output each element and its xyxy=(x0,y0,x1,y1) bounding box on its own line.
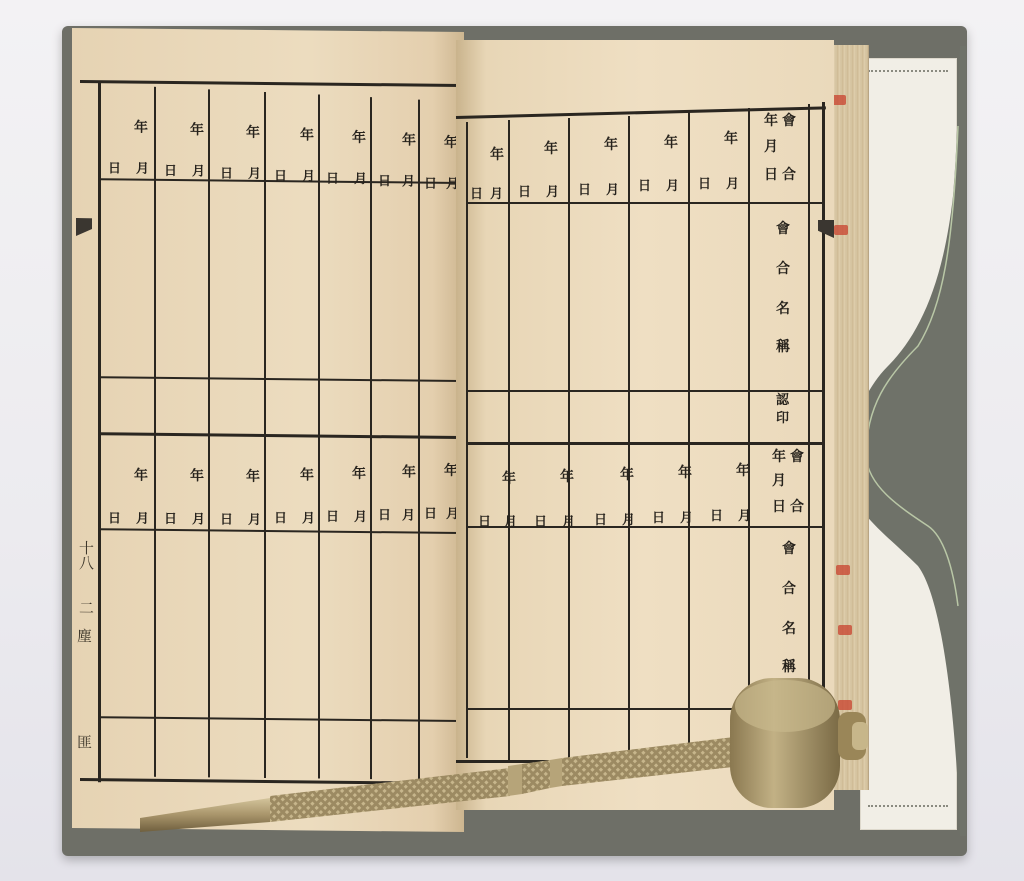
header-day-label: 日 xyxy=(764,168,778,182)
meeting-name-label: 合 xyxy=(776,262,790,276)
day-label: 日 xyxy=(698,178,711,191)
day-label: 日 xyxy=(534,516,547,529)
year-label: 年 xyxy=(560,470,574,484)
edge-stamp xyxy=(838,625,852,635)
year-label: 年 xyxy=(402,465,416,479)
year-label: 年 xyxy=(490,148,504,162)
day-label: 日 xyxy=(326,511,339,524)
month-label: 月 xyxy=(402,509,415,522)
month-label: 月 xyxy=(248,168,261,181)
day-label: 日 xyxy=(424,178,437,191)
month-label: 月 xyxy=(546,186,559,199)
column-divider xyxy=(466,122,468,758)
header-year-label: 年 xyxy=(772,450,786,464)
day-label: 日 xyxy=(274,170,287,183)
day-label: 日 xyxy=(220,513,233,526)
year-label: 年 xyxy=(678,466,692,480)
year-label: 年 xyxy=(246,470,260,484)
meeting-name-label: 會 xyxy=(776,222,790,236)
column-divider xyxy=(508,120,510,760)
margin-char: 匪 xyxy=(74,734,95,749)
year-label: 年 xyxy=(736,464,750,478)
date-row-rule xyxy=(466,526,822,528)
day-label: 日 xyxy=(710,510,723,523)
month-label: 月 xyxy=(302,170,315,183)
year-label: 年 xyxy=(352,467,366,481)
month-label: 月 xyxy=(302,512,315,525)
year-label: 年 xyxy=(190,123,204,137)
day-label: 日 xyxy=(424,508,437,521)
header-meeting-label: 會 xyxy=(782,114,796,128)
year-label: 年 xyxy=(134,121,148,135)
day-label: 日 xyxy=(274,512,287,525)
year-label: 年 xyxy=(246,126,260,140)
page-number: 十八 xyxy=(76,540,97,570)
seal-label: 印 xyxy=(776,412,789,425)
edge-stamp xyxy=(836,565,850,575)
month-label: 月 xyxy=(354,511,367,524)
year-label: 年 xyxy=(402,133,416,147)
column-divider xyxy=(628,116,630,760)
seal-row-rule xyxy=(466,390,822,392)
month-label: 月 xyxy=(606,184,619,197)
header-month-label: 月 xyxy=(772,474,786,488)
day-label: 日 xyxy=(108,512,121,525)
meeting-name-label: 會 xyxy=(782,542,796,556)
brass-hammer-tool xyxy=(130,670,890,840)
day-label: 日 xyxy=(164,513,177,526)
month-label: 月 xyxy=(248,514,261,527)
month-label: 月 xyxy=(726,178,739,191)
day-label: 日 xyxy=(378,175,391,188)
date-row-rule xyxy=(466,202,822,204)
fishtail-mark xyxy=(76,218,92,236)
year-label: 年 xyxy=(502,472,516,486)
year-label: 年 xyxy=(620,468,634,482)
edge-stamp xyxy=(832,95,846,105)
header-meeting-label: 合 xyxy=(782,168,796,182)
meeting-name-label: 名 xyxy=(776,302,790,316)
year-label: 年 xyxy=(352,131,366,145)
day-label: 日 xyxy=(470,188,483,201)
day-label: 日 xyxy=(652,512,665,525)
header-meeting-label: 合 xyxy=(790,500,804,514)
year-label: 年 xyxy=(664,136,678,150)
month-label: 月 xyxy=(680,512,693,525)
day-label: 日 xyxy=(164,165,177,178)
year-label: 年 xyxy=(724,132,738,146)
month-label: 月 xyxy=(666,180,679,193)
month-label: 月 xyxy=(136,163,149,176)
seal-label: 認 xyxy=(776,394,789,407)
day-label: 日 xyxy=(518,186,531,199)
year-label: 年 xyxy=(190,469,204,483)
year-label: 年 xyxy=(134,469,148,483)
day-label: 日 xyxy=(594,514,607,527)
month-label: 月 xyxy=(490,188,503,201)
margin-mark: 二 xyxy=(76,600,97,615)
month-label: 月 xyxy=(136,513,149,526)
frame-right xyxy=(822,102,825,762)
meeting-name-label: 名 xyxy=(782,622,796,636)
frame-top xyxy=(80,80,460,87)
column-divider xyxy=(568,118,570,760)
header-meeting-label: 會 xyxy=(790,450,804,464)
column-divider xyxy=(688,112,690,760)
header-day-label: 日 xyxy=(772,500,786,514)
year-label: 年 xyxy=(604,138,618,152)
day-label: 日 xyxy=(578,184,591,197)
meeting-name-label: 稱 xyxy=(776,340,790,354)
margin-char: 塵 xyxy=(74,628,95,643)
month-label: 月 xyxy=(622,514,635,527)
day-label: 日 xyxy=(378,509,391,522)
fishtail-mark xyxy=(818,220,834,238)
year-label: 年 xyxy=(300,468,314,482)
month-label: 月 xyxy=(738,510,751,523)
month-label: 月 xyxy=(402,175,415,188)
month-label: 月 xyxy=(562,516,575,529)
section-divider xyxy=(466,442,822,445)
month-label: 月 xyxy=(504,516,517,529)
meeting-name-label: 合 xyxy=(782,582,796,596)
day-label: 日 xyxy=(108,162,121,175)
edge-stamp xyxy=(834,225,848,235)
month-label: 月 xyxy=(354,173,367,186)
year-label: 年 xyxy=(544,142,558,156)
header-year-label: 年 xyxy=(764,114,778,128)
day-label: 日 xyxy=(478,516,491,529)
day-label: 日 xyxy=(638,180,651,193)
year-label: 年 xyxy=(300,128,314,142)
month-label: 月 xyxy=(192,165,205,178)
header-month-label: 月 xyxy=(764,140,778,154)
column-divider xyxy=(748,108,750,760)
day-label: 日 xyxy=(220,167,233,180)
month-label: 月 xyxy=(192,513,205,526)
day-label: 日 xyxy=(326,173,339,186)
